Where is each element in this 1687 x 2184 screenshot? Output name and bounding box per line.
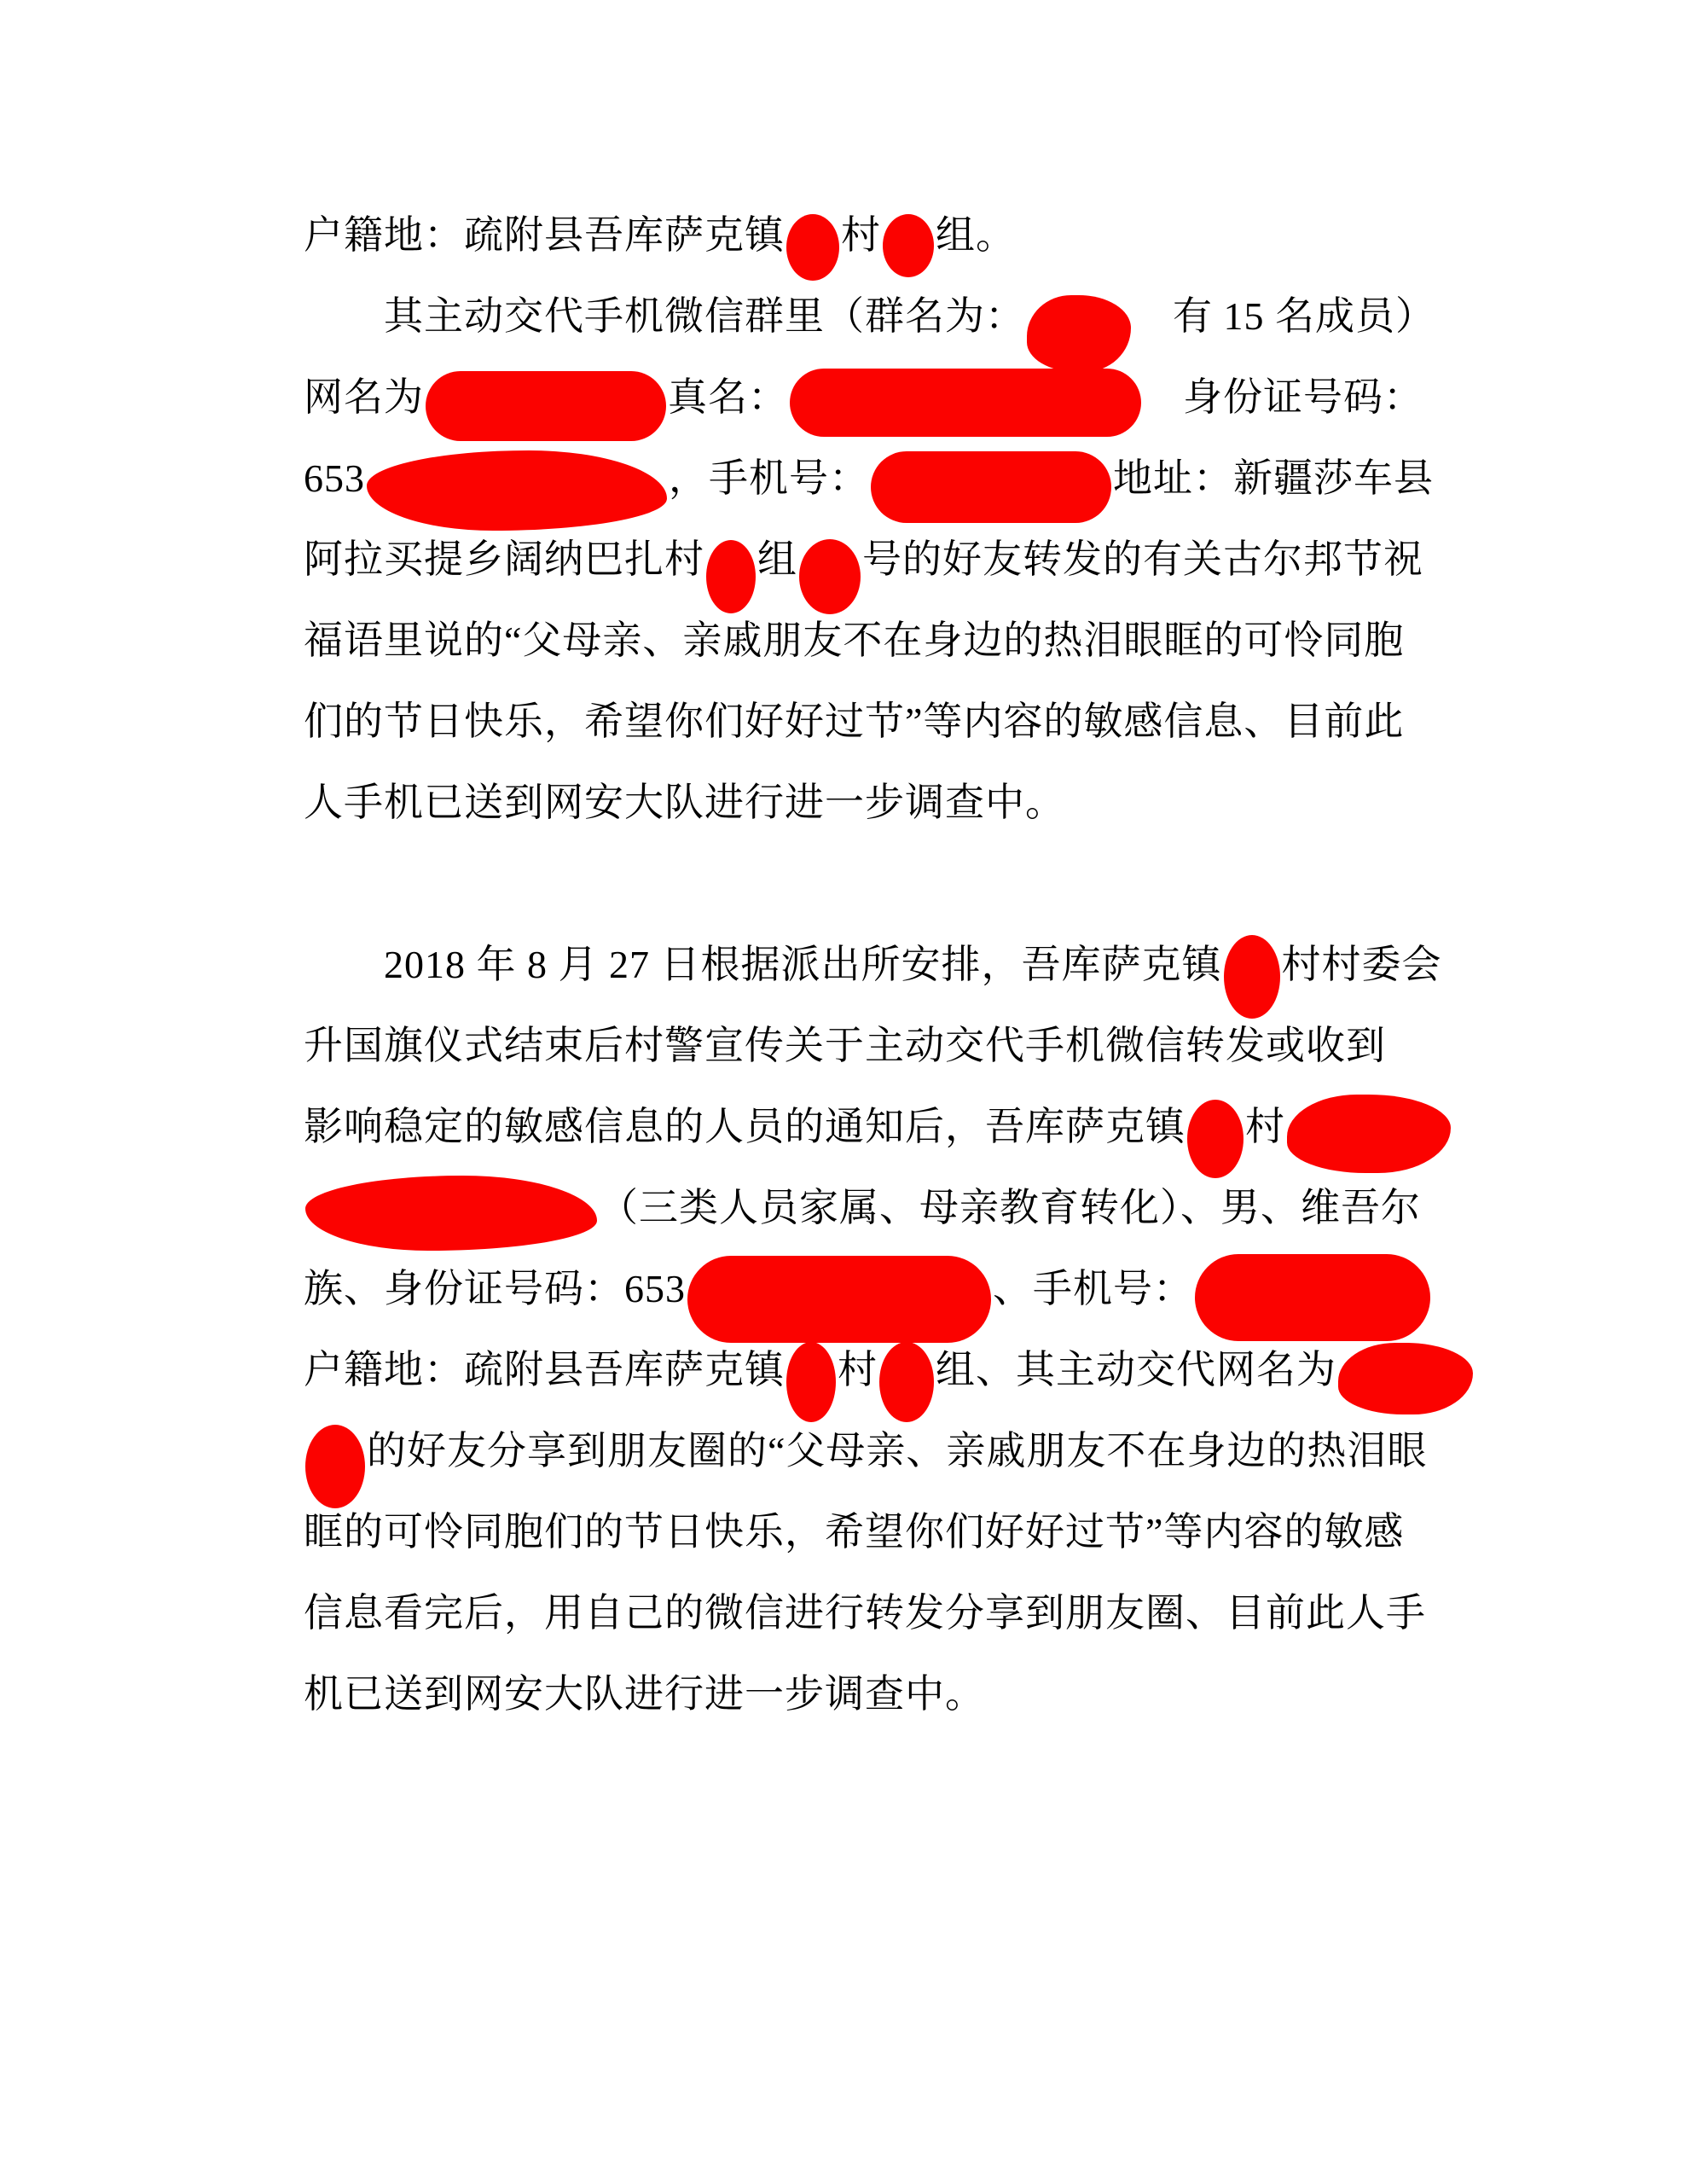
redaction-mark (1338, 1343, 1473, 1414)
document-line: 的好友分享到朋友圈的“父母亲、亲戚朋友不在身边的热泪眼 (304, 1410, 1395, 1491)
document-line: 信息看完后，用自己的微信进行转发分享到朋友圈、目前此人手 (304, 1572, 1395, 1653)
document-line: 人手机已送到网安大队进行进一步调查中。 (304, 762, 1395, 843)
text-segment: 机已送到网安大队进行进一步调查中。 (304, 1672, 985, 1716)
text-segment: 组 (757, 537, 797, 581)
text-segment: 族、身份证号码：653 (304, 1267, 686, 1310)
document-line: 们的节日快乐，希望你们好好过节”等内容的敏感信息、目前此 (304, 681, 1395, 762)
text-segment: 身份证号码： (1143, 375, 1423, 419)
text-block: 户籍地：疏附县吾库萨克镇村组。其主动交代手机微信群里（群名为： 有 15 名成员… (304, 195, 1395, 1734)
text-segment: 户籍地：疏附县吾库萨克镇 (304, 213, 785, 257)
text-segment: 2018 年 8 月 27 日根据派出所安排，吾库萨克镇 (384, 943, 1222, 986)
text-segment: 653 (304, 456, 365, 500)
redaction-mark (687, 1256, 991, 1343)
text-segment: 村 (838, 1348, 878, 1391)
text-segment: 真名： (668, 375, 788, 419)
text-segment: （三类人员家属、母亲教育转化）、男、维吾尔 (599, 1186, 1421, 1229)
redaction-mark (786, 1342, 836, 1422)
text-segment: 村村委会 (1282, 943, 1442, 986)
text-segment: 有 15 名成员） (1133, 294, 1435, 338)
text-segment: 福语里说的“父母亲、亲戚朋友不在身边的热泪眼眶的可怜同胞 (304, 619, 1404, 662)
redaction-mark (790, 369, 1141, 437)
document-line: 户籍地：疏附县吾库萨克镇村组。 (304, 195, 1395, 276)
text-segment: 村 (1245, 1105, 1285, 1148)
document-line: 影响稳定的敏感信息的人员的通知后，吾库萨克镇村 (304, 1086, 1395, 1167)
text-segment: 组。 (936, 213, 1016, 257)
text-segment: 地址：新疆莎车县 (1113, 456, 1434, 500)
text-segment: 的好友分享到朋友圈的“父母亲、亲戚朋友不在身边的热泪眼 (367, 1429, 1427, 1472)
document-line: （三类人员家属、母亲教育转化）、男、维吾尔 (304, 1167, 1395, 1248)
document-line: 升国旗仪式结束后村警宣传关于主动交代手机微信转发或收到 (304, 1005, 1395, 1086)
redaction-mark (786, 214, 839, 281)
redaction-mark (799, 539, 861, 614)
redaction-mark (426, 371, 666, 441)
redaction-mark (1287, 1095, 1451, 1173)
redaction-mark (871, 451, 1111, 523)
text-segment: 人手机已送到网安大队进行进一步调查中。 (304, 781, 1065, 824)
text-segment: 升国旗仪式结束后村警宣传关于主动交代手机微信转发或收到 (304, 1024, 1386, 1067)
paragraph: 2018 年 8 月 27 日根据派出所安排，吾库萨克镇村村委会升国旗仪式结束后… (304, 924, 1395, 1734)
text-segment: 信息看完后，用自己的微信进行转发分享到朋友圈、目前此人手 (304, 1591, 1426, 1635)
document-line: 网名为真名： 身份证号码： (304, 357, 1395, 438)
redaction-mark (706, 540, 756, 613)
document-page: 户籍地：疏附县吾库萨克镇村组。其主动交代手机微信群里（群名为： 有 15 名成员… (0, 0, 1687, 2184)
text-segment: 眶的可怜同胞们的节日快乐，希望你们好好过节”等内容的敏感 (304, 1510, 1404, 1554)
text-segment: 影响稳定的敏感信息的人员的通知后，吾库萨克镇 (304, 1105, 1186, 1148)
text-segment: 们的节日快乐，希望你们好好过节”等内容的敏感信息、目前此 (304, 700, 1404, 743)
document-line: 其主动交代手机微信群里（群名为： 有 15 名成员） (304, 276, 1395, 357)
document-line: 眶的可怜同胞们的节日快乐，希望你们好好过节”等内容的敏感 (304, 1491, 1395, 1572)
text-segment: 、手机号： (993, 1267, 1193, 1310)
redaction-mark (883, 214, 934, 277)
redaction-mark (367, 450, 667, 531)
text-segment: 村 (841, 213, 881, 257)
text-segment: 网名为 (304, 375, 424, 419)
redaction-mark (1224, 935, 1280, 1019)
document-line: 机已送到网安大队进行进一步调查中。 (304, 1653, 1395, 1734)
text-segment: 组、其主动交代网名为 (936, 1348, 1336, 1391)
paragraph: 户籍地：疏附县吾库萨克镇村组。其主动交代手机微信群里（群名为： 有 15 名成员… (304, 195, 1395, 843)
redaction-mark (1187, 1100, 1244, 1178)
document-line: 2018 年 8 月 27 日根据派出所安排，吾库萨克镇村村委会 (304, 924, 1395, 1005)
redaction-mark (305, 1176, 597, 1251)
document-line: 阿拉买提乡阔纳巴扎村组号的好友转发的有关古尔邦节祝 (304, 519, 1395, 600)
document-line: 福语里说的“父母亲、亲戚朋友不在身边的热泪眼眶的可怜同胞 (304, 600, 1395, 681)
text-segment: 号的好友转发的有关古尔邦节祝 (862, 537, 1423, 581)
document-line: 族、身份证号码：653、手机号： (304, 1248, 1395, 1329)
document-line: 653，手机号：地址：新疆莎车县 (304, 438, 1395, 519)
text-segment: 户籍地：疏附县吾库萨克镇 (304, 1348, 785, 1391)
text-segment: 其主动交代手机微信群里（群名为： (384, 294, 1025, 338)
redaction-mark (305, 1425, 365, 1508)
redaction-mark (1195, 1254, 1430, 1341)
text-segment: ，手机号： (669, 456, 869, 500)
redaction-mark (1027, 295, 1131, 372)
text-segment: 阿拉买提乡阔纳巴扎村 (304, 537, 704, 581)
redaction-mark (879, 1342, 934, 1422)
